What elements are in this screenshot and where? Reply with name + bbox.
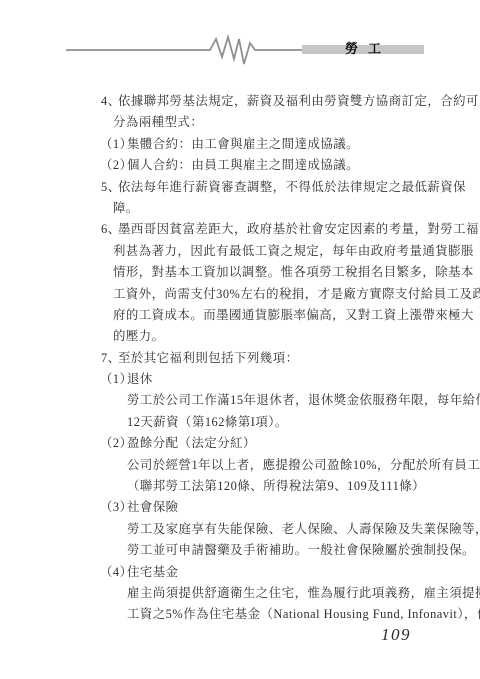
text-line: 6、墨西哥因貧富差距大，政府基於社會安定因素的考量，對勞工福 — [0, 219, 480, 240]
list-marker: （2） — [100, 433, 127, 454]
list-marker: （3） — [100, 497, 127, 518]
text-line: 的壓力。 — [0, 326, 480, 347]
text-line: （3）社會保險 — [0, 497, 480, 518]
text-line: 12天薪資（第162條第I項）。 — [0, 412, 480, 433]
text-line: （2）個人合約：由員工與雇主之間達成協議。 — [0, 155, 480, 176]
text-line: 5、依法每年進行薪資審查調整，不得低於法律規定之最低薪資保 — [0, 177, 480, 198]
text-line: 情形，對基本工資加以調整。惟各項勞工稅捐名目繁多，除基本 — [0, 262, 480, 283]
line-text: 依法每年進行薪資審查調整，不得低於法律規定之最低薪資保 — [118, 180, 466, 194]
page-number: 109 — [381, 625, 411, 645]
text-line: 雇主尚須提供舒適衛生之住宅，惟為履行此項義務，雇主須提撥 — [0, 583, 480, 604]
text-line: （聯邦勞工法第120條、所得稅法第9、109及111條） — [0, 476, 480, 497]
text-line: （4）住宅基金 — [0, 562, 480, 583]
list-marker: （4） — [100, 562, 127, 583]
list-marker: （1） — [100, 134, 127, 155]
heartbeat-zigzag-icon — [66, 37, 303, 64]
text-line: 勞工於公司工作滿15年退休者，退休獎金依服務年限，每年給付 — [0, 390, 480, 411]
line-text: 盈餘分配（法定分紅） — [127, 436, 256, 450]
text-line: 障。 — [0, 198, 480, 219]
list-marker: 5、 — [101, 177, 118, 198]
line-text: 社會保險 — [127, 500, 179, 514]
line-text: 集體合約：由工會與雇主之間達成協議。 — [127, 137, 359, 151]
line-text: 至於其它福利則包括下列幾項： — [118, 351, 298, 365]
text-line: 工資之5%作為住宅基金（National Housing Fund, Infon… — [0, 604, 480, 625]
text-line: 分為兩種型式： — [0, 112, 480, 133]
list-marker: （2） — [100, 155, 127, 176]
header-rule-with-heartbeat-icon — [0, 0, 480, 70]
page-background: 勞工 4、依據聯邦勞基法規定，薪資及福利由勞資雙方協商訂定，合約可 分為兩種型式… — [0, 0, 480, 679]
body-text: 4、依據聯邦勞基法規定，薪資及福利由勞資雙方協商訂定，合約可 分為兩種型式： （… — [0, 91, 480, 626]
line-text: 退休 — [127, 372, 153, 386]
line-text: 墨西哥因貧富差距大，政府基於社會安定因素的考量，對勞工福 — [118, 222, 479, 236]
list-marker: 7、 — [101, 348, 118, 369]
list-marker: （1） — [100, 369, 127, 390]
text-line: （2）盈餘分配（法定分紅） — [0, 433, 480, 454]
text-line: 7、至於其它福利則包括下列幾項： — [0, 348, 480, 369]
list-marker: 4、 — [101, 91, 118, 112]
line-text: 依據聯邦勞基法規定，薪資及福利由勞資雙方協商訂定，合約可 — [118, 94, 479, 108]
list-marker: 6、 — [101, 219, 118, 240]
text-line: 工資外，尚需支付30%左右的稅捐，才是廠方實際支付給員工及政 — [0, 284, 480, 305]
scanned-document-page: { "header": { "section_label": "勞工" }, "… — [0, 0, 480, 679]
text-line: 勞工及家庭享有失能保險、老人保險、人壽保險及失業保險等， — [0, 519, 480, 540]
text-line: 府的工資成本。而墨國通貨膨脹率偏高，又對工資上漲帶來極大 — [0, 305, 480, 326]
text-line: 利甚為著力，因此有最低工資之規定，每年由政府考量通貨膨脹 — [0, 241, 480, 262]
text-line: 勞工並可申請醫藥及手術補助。一般社會保險屬於強制投保。 — [0, 540, 480, 561]
text-line: （1）集體合約：由工會與雇主之間達成協議。 — [0, 134, 480, 155]
line-text: 個人合約：由員工與雇主之間達成協議。 — [127, 158, 359, 172]
text-line: 4、依據聯邦勞基法規定，薪資及福利由勞資雙方協商訂定，合約可 — [0, 91, 480, 112]
header-section-label: 勞工 — [302, 41, 424, 56]
text-line: （1）退休 — [0, 369, 480, 390]
text-line: 公司於經營1年以上者，應提撥公司盈餘10%，分配於所有員工。 — [0, 455, 480, 476]
line-text: 住宅基金 — [127, 565, 179, 579]
